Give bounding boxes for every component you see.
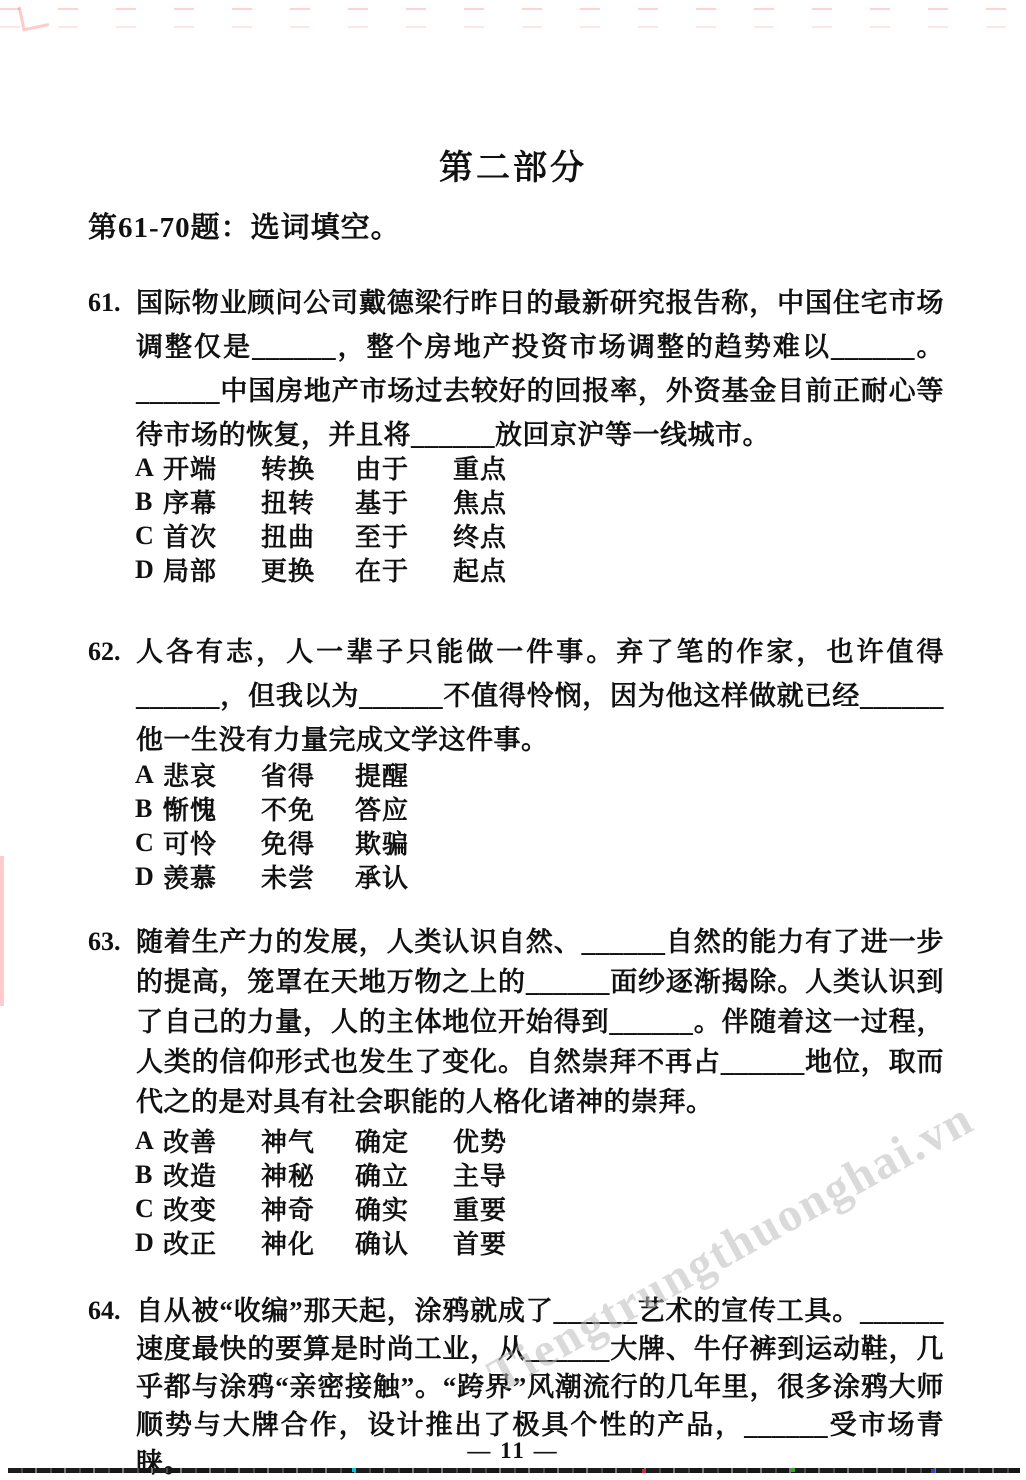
option-word: 至于	[355, 517, 453, 554]
option-letter: D	[135, 555, 163, 585]
option-word: 重点	[453, 449, 507, 486]
option-row: B 惭愧 不免 答应	[135, 790, 453, 824]
option-letter: D	[135, 862, 163, 892]
scan-artifact-left-line	[0, 856, 4, 1006]
option-word: 神化	[261, 1224, 355, 1261]
option-row: D 羡慕 未尝 承认	[135, 858, 453, 892]
option-word: 悲哀	[163, 756, 261, 793]
scan-artifact-speck	[642, 1469, 646, 1473]
option-word: 扭曲	[261, 517, 355, 554]
option-word: 羡慕	[163, 858, 261, 895]
question-62: 62. 人各有志，人一辈子只能做一件事。弃了笔的作家，也许值得______，但我…	[88, 630, 944, 762]
option-letter: C	[135, 1194, 163, 1224]
question-63: 63. 随着生产力的发展，人类认识自然、______自然的能力有了进一步的提高，…	[88, 922, 944, 1122]
option-word: 惭愧	[163, 790, 261, 827]
scan-artifact-top-dashes	[0, 8, 1026, 10]
option-word: 欺骗	[355, 824, 453, 861]
scan-artifact-speck	[791, 1468, 795, 1472]
option-word: 神气	[261, 1122, 355, 1159]
option-row: C 首次 扭曲 至于 终点	[135, 517, 507, 551]
option-word: 优势	[453, 1122, 507, 1159]
option-word: 重要	[453, 1190, 507, 1227]
scan-artifact-speck	[352, 1468, 356, 1472]
option-word: 基于	[355, 483, 453, 520]
section-title: 第二部分	[0, 140, 1026, 189]
page-number: — 11 —	[0, 1438, 1026, 1464]
option-row: B 改造 神秘 确立 主导	[135, 1156, 507, 1190]
option-row: B 序幕 扭转 基于 焦点	[135, 483, 507, 517]
option-word: 起点	[453, 551, 507, 588]
option-row: D 局部 更换 在于 起点	[135, 551, 507, 585]
option-word: 首次	[163, 517, 261, 554]
option-word: 神秘	[261, 1156, 355, 1193]
question-61-options: A 开端 转换 由于 重点 B 序幕 扭转 基于 焦点 C 首次 扭曲 至于 终…	[135, 449, 507, 585]
option-word: 更换	[261, 551, 355, 588]
option-word: 神奇	[261, 1190, 355, 1227]
option-word: 答应	[355, 790, 453, 827]
option-word: 不免	[261, 790, 355, 827]
option-word: 由于	[355, 449, 453, 486]
option-letter: B	[135, 487, 163, 517]
scan-artifact-top-dashes	[0, 26, 1026, 28]
scan-artifact-speck	[931, 1469, 935, 1473]
option-word: 可怜	[163, 824, 261, 861]
option-word: 改造	[163, 1156, 261, 1193]
question-number: 61.	[88, 281, 136, 325]
option-word: 确立	[355, 1156, 453, 1193]
option-letter: A	[135, 453, 163, 483]
option-row: C 改变 神奇 确实 重要	[135, 1190, 507, 1224]
option-word: 未尝	[261, 858, 355, 895]
question-number: 63.	[88, 922, 136, 962]
option-word: 开端	[163, 449, 261, 486]
question-text: 人各有志，人一辈子只能做一件事。弃了笔的作家，也许值得______，但我以为__…	[136, 630, 944, 762]
option-letter: A	[135, 1126, 163, 1156]
option-word: 省得	[261, 756, 355, 793]
question-63-options: A 改善 神气 确定 优势 B 改造 神秘 确立 主导 C 改变 神奇 确实 重…	[135, 1122, 507, 1258]
option-word: 首要	[453, 1224, 507, 1261]
option-word: 承认	[355, 858, 453, 895]
option-row: A 悲哀 省得 提醒	[135, 756, 453, 790]
option-letter: A	[135, 760, 163, 790]
option-row: A 改善 神气 确定 优势	[135, 1122, 507, 1156]
option-letter: B	[135, 794, 163, 824]
instruction-line: 第61-70题：选词填空。	[88, 205, 401, 246]
option-word: 免得	[261, 824, 355, 861]
option-word: 在于	[355, 551, 453, 588]
question-61: 61. 国际物业顾问公司戴德梁行昨日的最新研究报告称，中国住宅市场调整仅是___…	[88, 281, 944, 457]
option-letter: C	[135, 828, 163, 858]
option-word: 改善	[163, 1122, 261, 1159]
question-text: 随着生产力的发展，人类认识自然、______自然的能力有了进一步的提高，笼罩在天…	[136, 922, 944, 1122]
option-word: 焦点	[453, 483, 507, 520]
option-word: 提醒	[355, 756, 453, 793]
question-number: 62.	[88, 630, 136, 674]
option-word: 改正	[163, 1224, 261, 1261]
option-word: 扭转	[261, 483, 355, 520]
option-row: A 开端 转换 由于 重点	[135, 449, 507, 483]
scan-artifact-bottom-line	[8, 1468, 1020, 1473]
question-62-options: A 悲哀 省得 提醒 B 惭愧 不免 答应 C 可怜 免得 欺骗 D 羡慕 未尝…	[135, 756, 453, 892]
question-number: 64.	[88, 1292, 136, 1330]
option-word: 确实	[355, 1190, 453, 1227]
option-word: 局部	[163, 551, 261, 588]
option-word: 转换	[261, 449, 355, 486]
option-letter: B	[135, 1160, 163, 1190]
option-row: C 可怜 免得 欺骗	[135, 824, 453, 858]
question-text: 国际物业顾问公司戴德梁行昨日的最新研究报告称，中国住宅市场调整仅是______，…	[136, 281, 944, 457]
scanned-exam-page: 第二部分 第61-70题：选词填空。 61. 国际物业顾问公司戴德梁行昨日的最新…	[0, 0, 1026, 1480]
option-word: 主导	[453, 1156, 507, 1193]
option-letter: C	[135, 521, 163, 551]
option-word: 序幕	[163, 483, 261, 520]
option-word: 确定	[355, 1122, 453, 1159]
option-word: 改变	[163, 1190, 261, 1227]
option-row: D 改正 神化 确认 首要	[135, 1224, 507, 1258]
option-letter: D	[135, 1228, 163, 1258]
option-word: 终点	[453, 517, 507, 554]
option-word: 确认	[355, 1224, 453, 1261]
